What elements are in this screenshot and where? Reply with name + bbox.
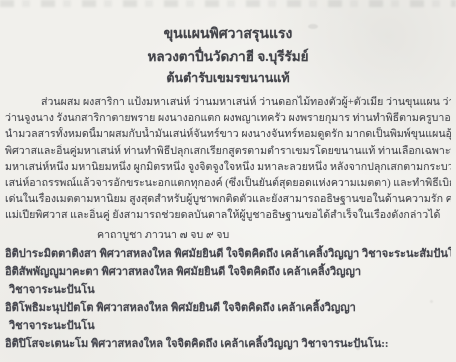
document-subtitle: หลวงตาปื่นวัดภาฮี จ.บุรีรัมย์ xyxy=(5,46,451,68)
katha-line: อิติโพธิมะนุปปัตโต พิศวาสหลงใหล พิศมัยยิ… xyxy=(5,299,451,317)
body-line: พิศวาสและอิ่นคู่มหาเสน่ห์ ท่านทำพิธีปลุก… xyxy=(5,144,451,160)
body-line: แม่เปียพิศวาส และอิ่นคู่ ยังสามารถช่วยดล… xyxy=(5,208,451,224)
ingredients-ritual-paragraph: ส่วนผสม ผงสาริกา แป้งมหาเสน่ห์ ว่านมหาเส… xyxy=(5,95,451,225)
body-line: เด่นในเรื่องเมตตามหานิยม สูงสุดสำหรับผู้… xyxy=(5,192,451,208)
document-title: ขุนแผนพิศวาสรุนแรง xyxy=(5,24,451,46)
katha-line: อิติสัพพัญญูมาคะตา พิศวาสหลงใหล พิศมัยยิ… xyxy=(5,263,451,281)
katha-chant-section: อิติปาระมิตตาติงสา พิศวาสหลงใหล พิศมัยยิ… xyxy=(5,245,451,353)
document-tagline: ต้นตำรับเขมรขนานแท้ xyxy=(5,68,451,89)
body-line: เสน่ห์อาถรรพณ์แล้วจารอักขระนะอกแตกทุกองค… xyxy=(5,176,451,192)
torn-paper-edge xyxy=(0,0,456,7)
body-line: นำมวลสารทั้งหมดนี้มาผสมกับน้ำมันเสน่ห์จั… xyxy=(5,127,451,143)
body-line: มหาเสน่ห์หนึ่ง มหานิยมหนึ่ง ผูกมิตรหนึ่ง… xyxy=(5,160,451,176)
scanned-document-page: ขุนแผนพิศวาสรุนแรง หลวงตาปื่นวัดภาฮี จ.บ… xyxy=(0,0,456,362)
scan-noise-speck xyxy=(308,24,318,29)
document-content: ขุนแผนพิศวาสรุนแรง หลวงตาปื่นวัดภาฮี จ.บ… xyxy=(5,24,451,353)
katha-line: วิชาจาระนะปันโน xyxy=(5,281,451,299)
scan-noise-speck xyxy=(430,300,433,303)
katha-line: วิชาจาระนะปันโน xyxy=(5,317,451,335)
scan-noise-speck xyxy=(356,347,360,350)
katha-line: อิติปาระมิตตาติงสา พิศวาสหลงใหล พิศมัยยิ… xyxy=(5,245,451,263)
body-line: ส่วนผสม ผงสาริกา แป้งมหาเสน่ห์ ว่านมหาเส… xyxy=(5,95,451,111)
katha-heading: คาถาบูชา ภาวนา ๗ จบ ๙ จบ xyxy=(97,227,451,244)
katha-line: อิติปิโสจะเตนะโม พิศวาสหลงใหล ใจจิตคิดถึ… xyxy=(5,335,451,353)
body-line: ว่านจูงนาง รังนกสาริกาตายพราย ผงนางอกแตก… xyxy=(5,111,451,127)
